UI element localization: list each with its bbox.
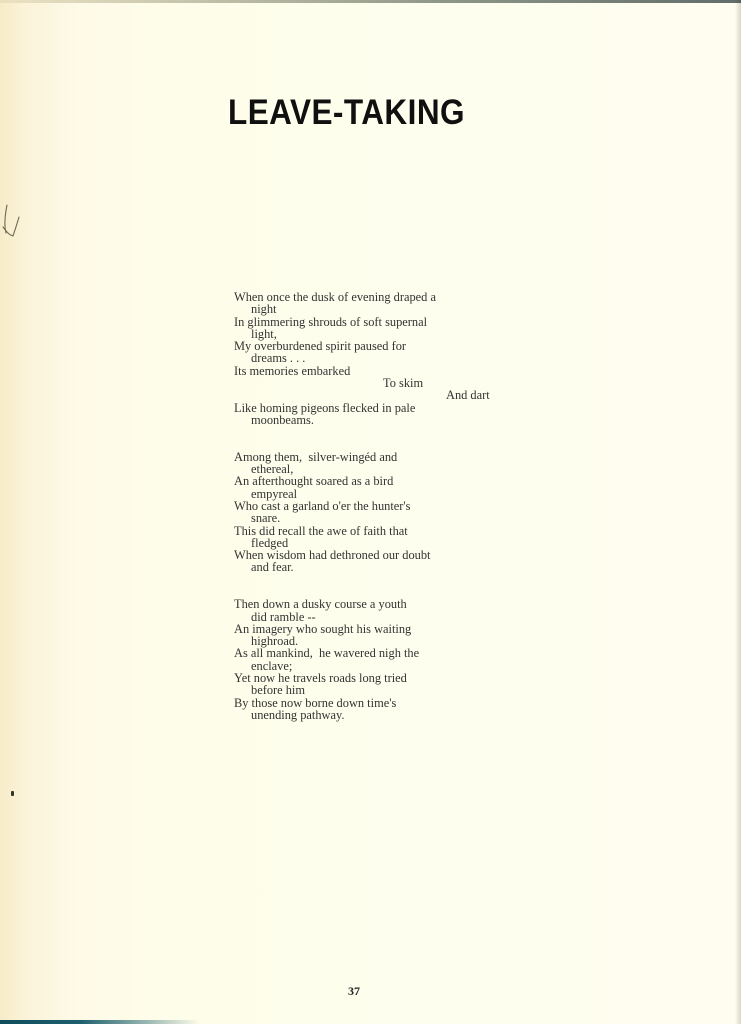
scan-top-edge	[0, 0, 741, 3]
poem-line: In glimmering shrouds of soft supernal	[234, 316, 534, 328]
poem-line: night	[234, 303, 534, 315]
poem-body: When once the dusk of evening draped ani…	[234, 291, 534, 746]
poem-line: and fear.	[234, 561, 534, 573]
stanza: Then down a dusky course a youthdid ramb…	[234, 598, 534, 721]
poem-line: dreams . . .	[234, 352, 534, 364]
poem-line: snare.	[234, 512, 534, 524]
poem-line: Then down a dusky course a youth	[234, 598, 534, 610]
poem-line: did ramble --	[234, 611, 534, 623]
poem-line: And dart	[234, 389, 534, 401]
poem-line: An afterthought soared as a bird	[234, 475, 534, 487]
poem-line: As all mankind, he wavered nigh the	[234, 647, 534, 659]
page-number: 37	[348, 984, 360, 999]
pencil-check-mark-icon	[2, 203, 24, 239]
scan-bottom-edge	[0, 1020, 200, 1024]
poem-line: This did recall the awe of faith that	[234, 525, 534, 537]
poem-line: When once the dusk of evening draped a	[234, 291, 534, 303]
poem-title: LEAVE-TAKING	[228, 93, 465, 133]
stanza: Among them, silver-wingéd andethereal,An…	[234, 451, 534, 574]
poem-line: unending pathway.	[234, 709, 534, 721]
stanza: When once the dusk of evening draped ani…	[234, 291, 534, 426]
poem-line: moonbeams.	[234, 414, 534, 426]
scan-speck	[11, 791, 14, 796]
poem-line: before him	[234, 684, 534, 696]
